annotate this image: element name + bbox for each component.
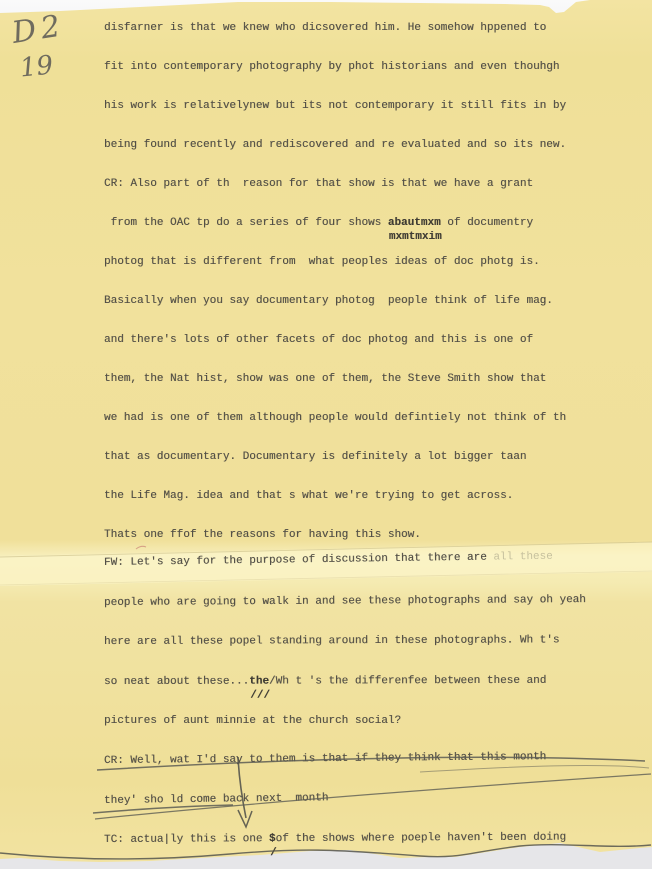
typed-text-block-bottom: FW: Let's say for the purpose of discuss…: [104, 544, 644, 861]
typed-segment: CR: Well, wat I'd say to them is that if…: [104, 751, 546, 767]
typed-segment: Basically when you say documentary photo…: [104, 295, 553, 307]
typed-line: them, the Nat hist, show was one of them…: [104, 360, 644, 399]
scanned-document-page: D2 19 disfarner is that we knew who dics…: [0, 0, 652, 869]
typed-segment: so neat about these...: [104, 675, 249, 687]
typed-text-block-top: disfarner is that we knew who dicsovered…: [104, 9, 644, 555]
typed-segment: them, the Nat hist, show was one of them…: [104, 373, 546, 385]
typed-line: TC: actua|ly this is one $of the shows w…: [104, 818, 644, 860]
typed-line: photog that is different from what peopl…: [104, 243, 644, 282]
typed-line: here are all these popel standing around…: [104, 621, 644, 662]
typed-line: being found recently and rediscovered an…: [104, 126, 644, 165]
typed-segment: his work is relativelynew but its not co…: [104, 100, 566, 112]
typed-segment-fade: all these: [493, 551, 553, 564]
handwritten-page-number: 19: [19, 50, 55, 83]
typed-segment: from the OAC tp do a series of four show…: [104, 217, 388, 229]
typed-segment: of documentry: [441, 217, 533, 229]
typed-segment-ov: the: [249, 675, 269, 687]
typed-line: people who are going to walk in and see …: [104, 580, 644, 623]
typed-segment: FW: Let's say for the purpose of discuss…: [104, 552, 494, 569]
typed-segment: /Wh t 's the differenfee between these a…: [269, 675, 546, 688]
typed-line: so neat about these...the/Wh t 's the di…: [104, 661, 644, 702]
typed-segment: disfarner is that we knew who dicsovered…: [104, 22, 546, 34]
typed-segment: they' sho ld come back next month: [104, 792, 329, 807]
typed-segment: we had is one of them although people wo…: [104, 412, 566, 424]
typed-line: Basically when you say documentary photo…: [104, 282, 644, 321]
typed-segment: that as documentary. Documentary is defi…: [104, 451, 526, 463]
typed-segment: of the shows where poeple haven't been d…: [276, 832, 567, 846]
typed-line: the Life Mag. idea and that s what we're…: [104, 477, 644, 516]
typed-segment: fit into contemporary photography by pho…: [104, 61, 559, 73]
typed-segment: pictures of aunt minnie at the church so…: [104, 715, 401, 727]
typed-segment: being found recently and rediscovered an…: [104, 139, 566, 151]
typed-segment-ov: abautmxm: [388, 217, 441, 229]
typed-line: we had is one of them although people wo…: [104, 399, 644, 438]
typed-line: CR: Also part of th reason for that show…: [104, 165, 644, 204]
typed-segment: Thats one ffof the reasons for having th…: [104, 529, 421, 541]
typed-line: that as documentary. Documentary is defi…: [104, 438, 644, 477]
typed-segment: photog that is different from what peopl…: [104, 256, 540, 268]
typed-line: CR: Well, wat I'd say to them is that if…: [104, 737, 644, 781]
typed-line: pictures of aunt minnie at the church so…: [104, 702, 644, 742]
typed-segment: people who are going to walk in and see …: [104, 594, 586, 609]
typed-line: FW: Let's say for the purpose of discuss…: [104, 536, 645, 583]
typed-segment-ov: $: [269, 833, 276, 845]
typed-line: his work is relativelynew but its not co…: [104, 87, 644, 126]
typed-segment: here are all these popel standing around…: [104, 635, 560, 649]
typed-line: disfarner is that we knew who dicsovered…: [104, 9, 644, 48]
typed-segment: CR: Also part of th reason for that show…: [104, 178, 533, 190]
typed-line: they' sho ld come back next month: [104, 775, 644, 821]
typed-line: from the OAC tp do a series of four show…: [104, 204, 644, 243]
typed-segment: the Life Mag. idea and that s what we're…: [104, 490, 513, 502]
typed-line: fit into contemporary photography by pho…: [104, 48, 644, 87]
typed-segment: and there's lots of other facets of doc …: [104, 334, 533, 346]
typed-segment: TC: actua|ly this is one: [104, 833, 269, 846]
typed-line: and there's lots of other facets of doc …: [104, 321, 644, 360]
